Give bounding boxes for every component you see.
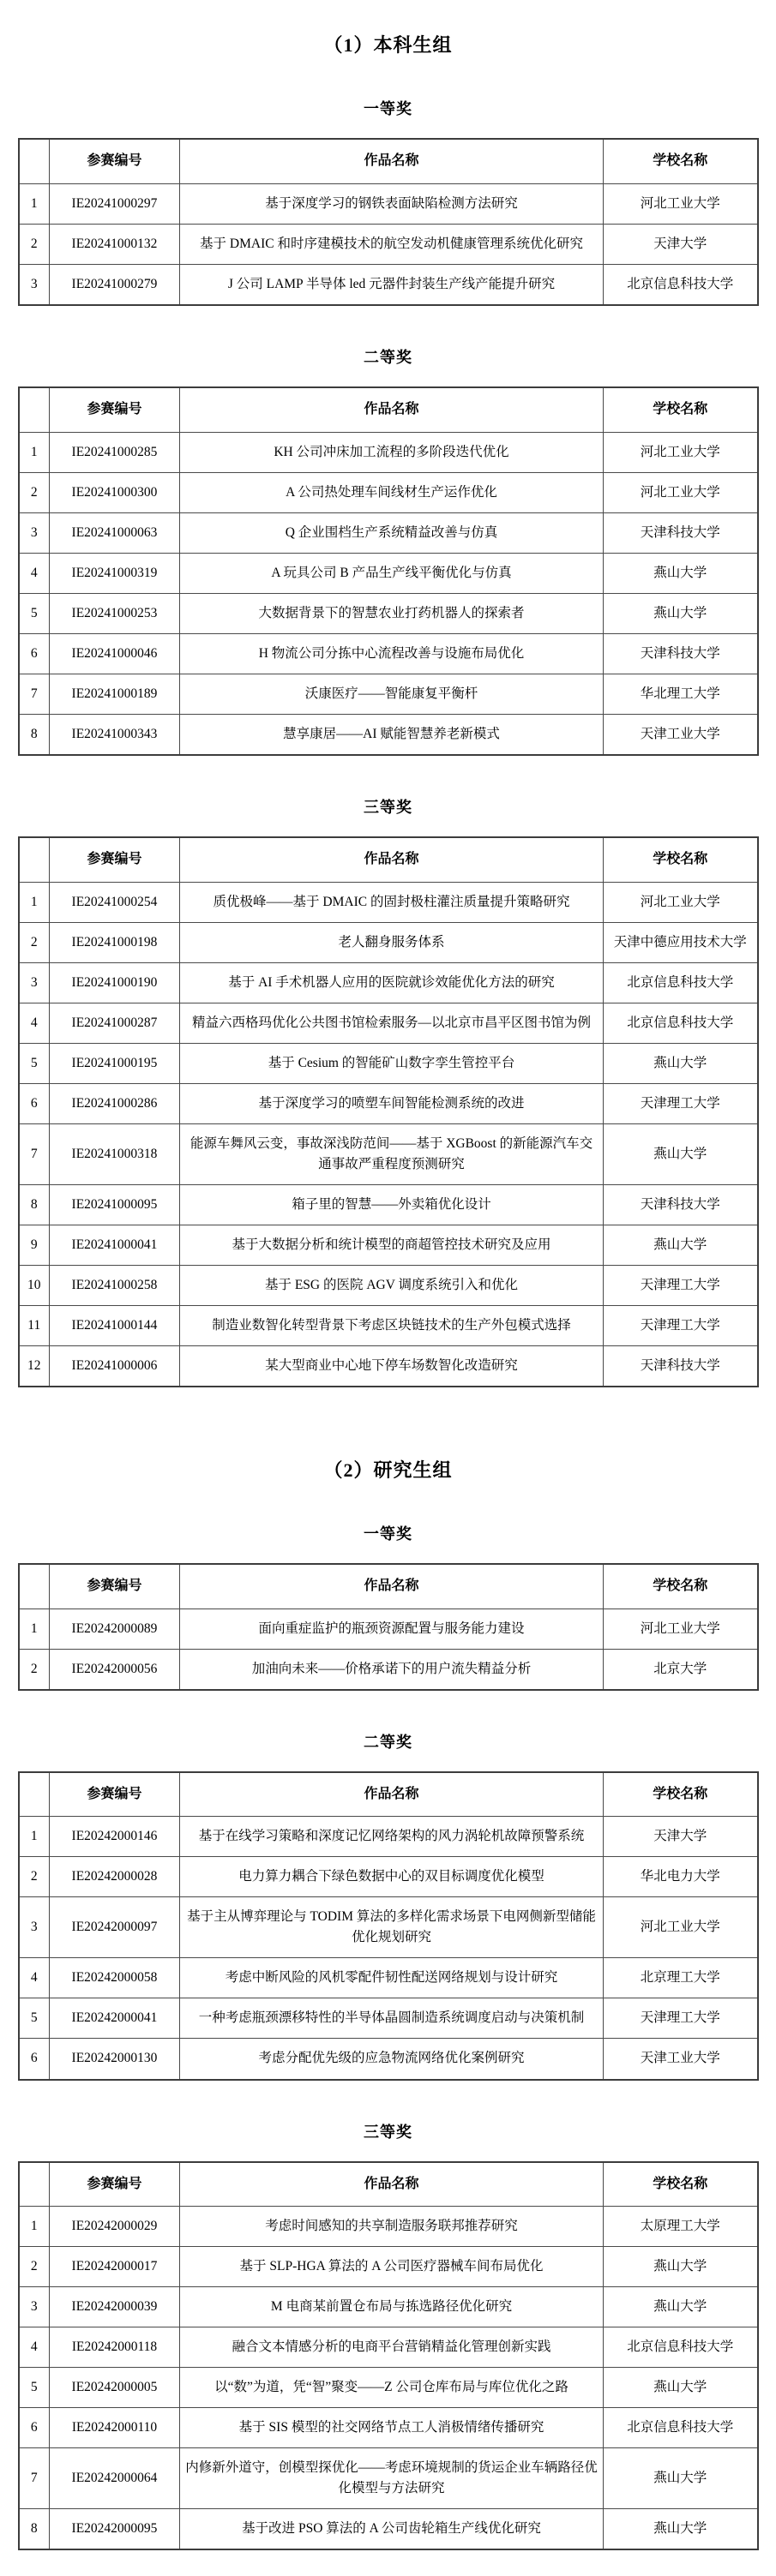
- cell-school-name: 天津中德应用技术大学: [604, 922, 758, 962]
- award-table: 参赛编号作品名称学校名称1IE20241000254质优极峰——基于 DMAIC…: [18, 836, 759, 1387]
- table-row: 4IE20241000319A 玩具公司 B 产品生产线平衡优化与仿真燕山大学: [19, 553, 758, 593]
- cell-school-name: 燕山大学: [604, 593, 758, 633]
- cell-school-name: 太原理工大学: [604, 2207, 758, 2247]
- table-row: 7IE20242000064内修新外道守，创模型探优化——考虑环境规制的货运企业…: [19, 2448, 758, 2509]
- cell-entry-number: IE20241000319: [50, 553, 180, 593]
- cell-entry-number: IE20242000039: [50, 2287, 180, 2327]
- cell-work-title: KH 公司冲床加工流程的多阶段迭代优化: [180, 432, 604, 472]
- cell-school-name: 天津工业大学: [604, 2039, 758, 2080]
- cell-work-title: Q 企业围档生产系统精益改善与仿真: [180, 512, 604, 553]
- cell-work-title: 基于深度学习的喷塑车间智能检测系统的改进: [180, 1083, 604, 1123]
- cell-entry-number: IE20242000130: [50, 2039, 180, 2080]
- cell-work-title: 融合文本情感分析的电商平台营销精益化管理创新实践: [180, 2327, 604, 2368]
- cell-work-title: H 物流公司分拣中心流程改善与设施布局优化: [180, 633, 604, 674]
- cell-entry-number: IE20241000046: [50, 633, 180, 674]
- cell-row-number: 6: [19, 1083, 50, 1123]
- cell-row-number: 12: [19, 1345, 50, 1387]
- cell-school-name: 河北工业大学: [604, 1609, 758, 1649]
- cell-row-number: 6: [19, 2408, 50, 2448]
- cell-school-name: 河北工业大学: [604, 432, 758, 472]
- cell-row-number: 1: [19, 2207, 50, 2247]
- header-row: 参赛编号作品名称学校名称: [19, 1772, 758, 1817]
- cell-school-name: 天津理工大学: [604, 1265, 758, 1305]
- cell-row-number: 4: [19, 553, 50, 593]
- table-row: 6IE20242000110基于 SIS 模型的社交网络节点工人消极情绪传播研究…: [19, 2408, 758, 2448]
- cell-row-number: 7: [19, 2448, 50, 2509]
- table-row: 6IE20241000286基于深度学习的喷塑车间智能检测系统的改进天津理工大学: [19, 1083, 758, 1123]
- cell-entry-number: IE20241000041: [50, 1225, 180, 1265]
- table-row: 12IE20241000006某大型商业中心地下停车场数智化改造研究天津科技大学: [19, 1345, 758, 1387]
- header-index: [19, 837, 50, 882]
- cell-row-number: 1: [19, 1609, 50, 1649]
- cell-entry-number: IE20241000144: [50, 1305, 180, 1345]
- cell-work-title: 质优极峰——基于 DMAIC 的固封极柱灌注质量提升策略研究: [180, 882, 604, 922]
- cell-school-name: 天津工业大学: [604, 714, 758, 755]
- table-row: 11IE20241000144制造业数智化转型背景下考虑区块链技术的生产外包模式…: [19, 1305, 758, 1345]
- cell-entry-number: IE20241000195: [50, 1043, 180, 1083]
- cell-entry-number: IE20242000041: [50, 1998, 180, 2039]
- cell-entry-number: IE20242000110: [50, 2408, 180, 2448]
- document-root: （1）本科生组一等奖参赛编号作品名称学校名称1IE20241000297基于深度…: [0, 0, 776, 2576]
- cell-school-name: 燕山大学: [604, 553, 758, 593]
- cell-school-name: 燕山大学: [604, 1123, 758, 1184]
- cell-row-number: 7: [19, 1123, 50, 1184]
- cell-work-title: 基于 ESG 的医院 AGV 调度系统引入和优化: [180, 1265, 604, 1305]
- header-row: 参赛编号作品名称学校名称: [19, 837, 758, 882]
- cell-school-name: 北京信息科技大学: [604, 264, 758, 305]
- cell-work-title: 基于 Cesium 的智能矿山数字孪生管控平台: [180, 1043, 604, 1083]
- cell-work-title: 老人翻身服务体系: [180, 922, 604, 962]
- cell-school-name: 华北理工大学: [604, 674, 758, 714]
- cell-work-title: 基于 SLP-HGA 算法的 A 公司医疗器械车间布局优化: [180, 2247, 604, 2287]
- cell-entry-number: IE20241000258: [50, 1265, 180, 1305]
- table-row: 2IE20241000300A 公司热处理车间线材生产运作优化河北工业大学: [19, 472, 758, 512]
- cell-row-number: 2: [19, 472, 50, 512]
- cell-entry-number: IE20241000190: [50, 962, 180, 1003]
- cell-school-name: 北京信息科技大学: [604, 962, 758, 1003]
- cell-work-title: 慧享康居——AI 赋能智慧养老新模式: [180, 714, 604, 755]
- cell-entry-number: IE20242000095: [50, 2509, 180, 2550]
- cell-row-number: 5: [19, 1998, 50, 2039]
- cell-school-name: 北京信息科技大学: [604, 2327, 758, 2368]
- cell-row-number: 3: [19, 2287, 50, 2327]
- cell-work-title: 某大型商业中心地下停车场数智化改造研究: [180, 1345, 604, 1387]
- header-work-title: 作品名称: [180, 387, 604, 432]
- cell-work-title: 沃康医疗——智能康复平衡杆: [180, 674, 604, 714]
- header-school: 学校名称: [604, 139, 758, 183]
- cell-school-name: 北京信息科技大学: [604, 2408, 758, 2448]
- cell-entry-number: IE20241000254: [50, 882, 180, 922]
- cell-school-name: 天津理工大学: [604, 1305, 758, 1345]
- cell-school-name: 天津科技大学: [604, 512, 758, 553]
- cell-school-name: 天津科技大学: [604, 1345, 758, 1387]
- cell-row-number: 4: [19, 1958, 50, 1998]
- cell-work-title: 能源车舞风云变，事故深浅防范间——基于 XGBoost 的新能源汽车交通事故严重…: [180, 1123, 604, 1184]
- cell-row-number: 2: [19, 922, 50, 962]
- cell-entry-number: IE20241000297: [50, 183, 180, 224]
- cell-entry-number: IE20241000287: [50, 1003, 180, 1043]
- cell-row-number: 7: [19, 674, 50, 714]
- cell-row-number: 3: [19, 512, 50, 553]
- award-table: 参赛编号作品名称学校名称1IE20241000297基于深度学习的钢铁表面缺陷检…: [18, 138, 759, 306]
- cell-entry-number: IE20241000006: [50, 1345, 180, 1387]
- cell-school-name: 燕山大学: [604, 2448, 758, 2509]
- cell-row-number: 6: [19, 633, 50, 674]
- cell-entry-number: IE20241000279: [50, 264, 180, 305]
- header-work-title: 作品名称: [180, 1772, 604, 1817]
- cell-work-title: 箱子里的智慧——外卖箱优化设计: [180, 1184, 604, 1225]
- table-row: 1IE20241000285KH 公司冲床加工流程的多阶段迭代优化河北工业大学: [19, 432, 758, 472]
- cell-entry-number: IE20242000064: [50, 2448, 180, 2509]
- table-row: 2IE20242000028电力算力耦合下绿色数据中心的双目标调度优化模型华北电…: [19, 1857, 758, 1897]
- header-index: [19, 1772, 50, 1817]
- table-row: 7IE20241000318能源车舞风云变，事故深浅防范间——基于 XGBoos…: [19, 1123, 758, 1184]
- table-row: 3IE20242000097基于主从博弈理论与 TODIM 算法的多样化需求场景…: [19, 1897, 758, 1958]
- header-work-title: 作品名称: [180, 139, 604, 183]
- table-row: 3IE20242000039M 电商某前置仓布局与拣选路径优化研究燕山大学: [19, 2287, 758, 2327]
- header-school: 学校名称: [604, 1564, 758, 1609]
- group-section-1: （1）本科生组一等奖参赛编号作品名称学校名称1IE20241000297基于深度…: [17, 31, 759, 1387]
- table-row: 6IE20241000046H 物流公司分拣中心流程改善与设施布局优化天津科技大…: [19, 633, 758, 674]
- cell-school-name: 天津理工大学: [604, 1998, 758, 2039]
- cell-entry-number: IE20241000198: [50, 922, 180, 962]
- table-row: 3IE20241000063Q 企业围档生产系统精益改善与仿真天津科技大学: [19, 512, 758, 553]
- header-row: 参赛编号作品名称学校名称: [19, 1564, 758, 1609]
- award-title: 三等奖: [17, 2120, 759, 2142]
- header-school: 学校名称: [604, 387, 758, 432]
- cell-row-number: 1: [19, 183, 50, 224]
- cell-row-number: 5: [19, 2368, 50, 2408]
- cell-work-title: 以“数”为道，凭“智”聚变——Z 公司仓库布局与库位优化之路: [180, 2368, 604, 2408]
- cell-work-title: J 公司 LAMP 半导体 led 元器件封装生产线产能提升研究: [180, 264, 604, 305]
- table-row: 1IE20242000146基于在线学习策略和深度记忆网络架构的风力涡轮机故障预…: [19, 1817, 758, 1857]
- cell-work-title: 加油向未来——价格承诺下的用户流失精益分析: [180, 1649, 604, 1690]
- cell-school-name: 燕山大学: [604, 2509, 758, 2550]
- table-row: 4IE20242000118融合文本情感分析的电商平台营销精益化管理创新实践北京…: [19, 2327, 758, 2368]
- award-title: 三等奖: [17, 795, 759, 818]
- cell-work-title: 面向重症监护的瓶颈资源配置与服务能力建设: [180, 1609, 604, 1649]
- table-row: 2IE20241000132基于 DMAIC 和时序建模技术的航空发动机健康管理…: [19, 224, 758, 264]
- header-entry-no: 参赛编号: [50, 837, 180, 882]
- cell-school-name: 北京信息科技大学: [604, 1003, 758, 1043]
- table-row: 9IE20241000041基于大数据分析和统计模型的商超管控技术研究及应用燕山…: [19, 1225, 758, 1265]
- header-entry-no: 参赛编号: [50, 1564, 180, 1609]
- table-row: 4IE20242000058考虑中断风险的风机零配件韧性配送网络规划与设计研究北…: [19, 1958, 758, 1998]
- header-row: 参赛编号作品名称学校名称: [19, 2162, 758, 2207]
- header-school: 学校名称: [604, 1772, 758, 1817]
- header-entry-no: 参赛编号: [50, 139, 180, 183]
- table-row: 8IE20241000095箱子里的智慧——外卖箱优化设计天津科技大学: [19, 1184, 758, 1225]
- cell-row-number: 2: [19, 1649, 50, 1690]
- table-row: 2IE20241000198老人翻身服务体系天津中德应用技术大学: [19, 922, 758, 962]
- award-table: 参赛编号作品名称学校名称1IE20242000089面向重症监护的瓶颈资源配置与…: [18, 1563, 759, 1691]
- cell-entry-number: IE20242000017: [50, 2247, 180, 2287]
- cell-school-name: 天津理工大学: [604, 1083, 758, 1123]
- cell-school-name: 河北工业大学: [604, 183, 758, 224]
- cell-row-number: 5: [19, 593, 50, 633]
- cell-row-number: 2: [19, 224, 50, 264]
- cell-work-title: 基于主从博弈理论与 TODIM 算法的多样化需求场景下电网侧新型储能优化规划研究: [180, 1897, 604, 1958]
- cell-entry-number: IE20241000285: [50, 432, 180, 472]
- cell-row-number: 8: [19, 714, 50, 755]
- group-section-2: （2）研究生组一等奖参赛编号作品名称学校名称1IE20242000089面向重症…: [17, 1456, 759, 2551]
- cell-entry-number: IE20242000029: [50, 2207, 180, 2247]
- award-title: 一等奖: [17, 1522, 759, 1544]
- header-row: 参赛编号作品名称学校名称: [19, 387, 758, 432]
- cell-school-name: 燕山大学: [604, 1225, 758, 1265]
- cell-work-title: 基于 DMAIC 和时序建模技术的航空发动机健康管理系统优化研究: [180, 224, 604, 264]
- cell-work-title: 考虑时间感知的共享制造服务联邦推荐研究: [180, 2207, 604, 2247]
- cell-row-number: 2: [19, 1857, 50, 1897]
- cell-work-title: 一种考虑瓶颈漂移特性的半导体晶圆制造系统调度启动与决策机制: [180, 1998, 604, 2039]
- cell-work-title: A 玩具公司 B 产品生产线平衡优化与仿真: [180, 553, 604, 593]
- cell-entry-number: IE20242000058: [50, 1958, 180, 1998]
- cell-work-title: 制造业数智化转型背景下考虑区块链技术的生产外包模式选择: [180, 1305, 604, 1345]
- header-entry-no: 参赛编号: [50, 1772, 180, 1817]
- cell-work-title: 大数据背景下的智慧农业打药机器人的探索者: [180, 593, 604, 633]
- table-row: 2IE20242000017基于 SLP-HGA 算法的 A 公司医疗器械车间布…: [19, 2247, 758, 2287]
- cell-work-title: 考虑中断风险的风机零配件韧性配送网络规划与设计研究: [180, 1958, 604, 1998]
- cell-row-number: 10: [19, 1265, 50, 1305]
- header-school: 学校名称: [604, 837, 758, 882]
- cell-row-number: 4: [19, 1003, 50, 1043]
- cell-entry-number: IE20242000089: [50, 1609, 180, 1649]
- cell-work-title: 基于在线学习策略和深度记忆网络架构的风力涡轮机故障预警系统: [180, 1817, 604, 1857]
- cell-school-name: 天津科技大学: [604, 633, 758, 674]
- cell-entry-number: IE20241000132: [50, 224, 180, 264]
- cell-school-name: 北京大学: [604, 1649, 758, 1690]
- table-row: 7IE20241000189沃康医疗——智能康复平衡杆华北理工大学: [19, 674, 758, 714]
- cell-school-name: 北京理工大学: [604, 1958, 758, 1998]
- cell-work-title: 基于深度学习的钢铁表面缺陷检测方法研究: [180, 183, 604, 224]
- cell-school-name: 华北电力大学: [604, 1857, 758, 1897]
- cell-work-title: A 公司热处理车间线材生产运作优化: [180, 472, 604, 512]
- cell-work-title: M 电商某前置仓布局与拣选路径优化研究: [180, 2287, 604, 2327]
- cell-work-title: 基于改进 PSO 算法的 A 公司齿轮箱生产线优化研究: [180, 2509, 604, 2550]
- cell-entry-number: IE20242000028: [50, 1857, 180, 1897]
- header-work-title: 作品名称: [180, 837, 604, 882]
- cell-row-number: 4: [19, 2327, 50, 2368]
- cell-row-number: 9: [19, 1225, 50, 1265]
- cell-work-title: 内修新外道守，创模型探优化——考虑环境规制的货运企业车辆路径优化模型与方法研究: [180, 2448, 604, 2509]
- cell-row-number: 1: [19, 882, 50, 922]
- table-row: 5IE20241000253大数据背景下的智慧农业打药机器人的探索者燕山大学: [19, 593, 758, 633]
- header-index: [19, 387, 50, 432]
- cell-entry-number: IE20241000189: [50, 674, 180, 714]
- header-index: [19, 1564, 50, 1609]
- award-table: 参赛编号作品名称学校名称1IE20241000285KH 公司冲床加工流程的多阶…: [18, 386, 759, 756]
- cell-work-title: 基于 AI 手术机器人应用的医院就诊效能优化方法的研究: [180, 962, 604, 1003]
- cell-entry-number: IE20241000300: [50, 472, 180, 512]
- header-entry-no: 参赛编号: [50, 2162, 180, 2207]
- cell-row-number: 2: [19, 2247, 50, 2287]
- cell-entry-number: IE20242000118: [50, 2327, 180, 2368]
- cell-row-number: 6: [19, 2039, 50, 2080]
- cell-entry-number: IE20241000063: [50, 512, 180, 553]
- cell-work-title: 基于大数据分析和统计模型的商超管控技术研究及应用: [180, 1225, 604, 1265]
- header-school: 学校名称: [604, 2162, 758, 2207]
- cell-school-name: 河北工业大学: [604, 882, 758, 922]
- cell-school-name: 燕山大学: [604, 2287, 758, 2327]
- table-row: 1IE20241000254质优极峰——基于 DMAIC 的固封极柱灌注质量提升…: [19, 882, 758, 922]
- cell-entry-number: IE20241000343: [50, 714, 180, 755]
- section-title: （2）研究生组: [17, 1456, 759, 1483]
- table-row: 1IE20242000029考虑时间感知的共享制造服务联邦推荐研究太原理工大学: [19, 2207, 758, 2247]
- award-table: 参赛编号作品名称学校名称1IE20242000029考虑时间感知的共享制造服务联…: [18, 2161, 759, 2551]
- cell-school-name: 燕山大学: [604, 1043, 758, 1083]
- cell-school-name: 天津大学: [604, 1817, 758, 1857]
- cell-school-name: 燕山大学: [604, 2247, 758, 2287]
- table-row: 10IE20241000258基于 ESG 的医院 AGV 调度系统引入和优化天…: [19, 1265, 758, 1305]
- award-title: 一等奖: [17, 97, 759, 119]
- cell-school-name: 天津科技大学: [604, 1184, 758, 1225]
- table-row: 1IE20242000089面向重症监护的瓶颈资源配置与服务能力建设河北工业大学: [19, 1609, 758, 1649]
- cell-row-number: 8: [19, 1184, 50, 1225]
- cell-entry-number: IE20241000095: [50, 1184, 180, 1225]
- table-row: 5IE20242000005以“数”为道，凭“智”聚变——Z 公司仓库布局与库位…: [19, 2368, 758, 2408]
- cell-entry-number: IE20241000286: [50, 1083, 180, 1123]
- cell-work-title: 基于 SIS 模型的社交网络节点工人消极情绪传播研究: [180, 2408, 604, 2448]
- header-index: [19, 2162, 50, 2207]
- cell-row-number: 1: [19, 432, 50, 472]
- header-work-title: 作品名称: [180, 1564, 604, 1609]
- cell-row-number: 3: [19, 264, 50, 305]
- cell-row-number: 5: [19, 1043, 50, 1083]
- header-work-title: 作品名称: [180, 2162, 604, 2207]
- header-entry-no: 参赛编号: [50, 387, 180, 432]
- cell-row-number: 3: [19, 962, 50, 1003]
- header-index: [19, 139, 50, 183]
- cell-row-number: 11: [19, 1305, 50, 1345]
- cell-entry-number: IE20242000005: [50, 2368, 180, 2408]
- table-row: 5IE20242000041一种考虑瓶颈漂移特性的半导体晶圆制造系统调度启动与决…: [19, 1998, 758, 2039]
- cell-school-name: 燕山大学: [604, 2368, 758, 2408]
- cell-work-title: 精益六西格玛优化公共图书馆检索服务—以北京市昌平区图书馆为例: [180, 1003, 604, 1043]
- table-row: 1IE20241000297基于深度学习的钢铁表面缺陷检测方法研究河北工业大学: [19, 183, 758, 224]
- cell-row-number: 3: [19, 1897, 50, 1958]
- cell-school-name: 河北工业大学: [604, 1897, 758, 1958]
- cell-school-name: 天津大学: [604, 224, 758, 264]
- award-table: 参赛编号作品名称学校名称1IE20242000146基于在线学习策略和深度记忆网…: [18, 1771, 759, 2081]
- cell-entry-number: IE20242000097: [50, 1897, 180, 1958]
- cell-school-name: 河北工业大学: [604, 472, 758, 512]
- award-title: 二等奖: [17, 1730, 759, 1752]
- cell-entry-number: IE20242000146: [50, 1817, 180, 1857]
- cell-entry-number: IE20241000253: [50, 593, 180, 633]
- table-row: 3IE20241000190基于 AI 手术机器人应用的医院就诊效能优化方法的研…: [19, 962, 758, 1003]
- award-title: 二等奖: [17, 345, 759, 368]
- section-title: （1）本科生组: [17, 31, 759, 57]
- table-row: 4IE20241000287精益六西格玛优化公共图书馆检索服务—以北京市昌平区图…: [19, 1003, 758, 1043]
- header-row: 参赛编号作品名称学校名称: [19, 139, 758, 183]
- cell-work-title: 考虑分配优先级的应急物流网络优化案例研究: [180, 2039, 604, 2080]
- table-row: 6IE20242000130考虑分配优先级的应急物流网络优化案例研究天津工业大学: [19, 2039, 758, 2080]
- table-row: 5IE20241000195基于 Cesium 的智能矿山数字孪生管控平台燕山大…: [19, 1043, 758, 1083]
- table-row: 2IE20242000056加油向未来——价格承诺下的用户流失精益分析北京大学: [19, 1649, 758, 1690]
- cell-work-title: 电力算力耦合下绿色数据中心的双目标调度优化模型: [180, 1857, 604, 1897]
- table-row: 3IE20241000279J 公司 LAMP 半导体 led 元器件封装生产线…: [19, 264, 758, 305]
- cell-entry-number: IE20241000318: [50, 1123, 180, 1184]
- table-row: 8IE20242000095基于改进 PSO 算法的 A 公司齿轮箱生产线优化研…: [19, 2509, 758, 2550]
- cell-row-number: 8: [19, 2509, 50, 2550]
- table-row: 8IE20241000343慧享康居——AI 赋能智慧养老新模式天津工业大学: [19, 714, 758, 755]
- cell-row-number: 1: [19, 1817, 50, 1857]
- cell-entry-number: IE20242000056: [50, 1649, 180, 1690]
